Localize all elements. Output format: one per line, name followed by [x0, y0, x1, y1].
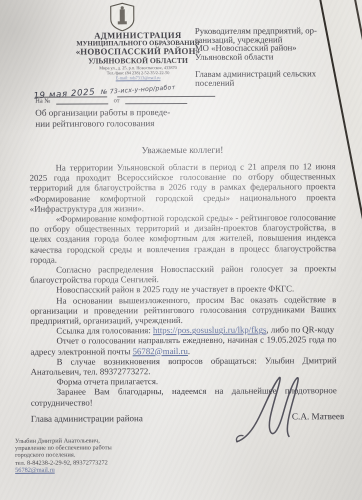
addressee-block-1: Руководителям предприятий, ор- ганизаций… — [195, 26, 345, 62]
body-paragraph-report-email: Отчет о голосовании направлять ежедневно… — [30, 335, 336, 357]
executor-contact: Улыбин Дмитрий Анатольевич, управление п… — [15, 437, 185, 467]
letter-body: На территории Ульяновской области в пери… — [30, 161, 337, 407]
voting-link-url: https://pos.gosuslugi.ru/lkp/fkgs — [153, 325, 266, 336]
reply-date-blank-line — [125, 97, 187, 104]
reply-number-blank-line — [56, 97, 108, 104]
signature-stroke — [231, 373, 309, 445]
voting-link-suffix: , либо по QR-коду — [266, 324, 334, 334]
reg-form-row-reply: На № от — [35, 97, 235, 105]
coat-of-arms-icon — [109, 2, 136, 31]
reply-number-label: На № — [35, 98, 50, 105]
voting-link-prefix: Ссылка для голосования: — [56, 325, 153, 336]
body-paragraph: На основании вышеизложенного, просим Вас… — [30, 294, 336, 326]
body-paragraph: «Формирование комфортной городской среды… — [30, 212, 336, 265]
executor-email: 56782@mail.ru — [15, 466, 185, 474]
signatory-name: С.А. Матвеев — [292, 411, 362, 421]
body-paragraph: На территории Ульяновской области в пери… — [30, 161, 336, 214]
report-email-suffix: . — [188, 346, 190, 356]
scanned-letter-photo: АДМИНИСТРАЦИЯ МУНИЦИПАЛЬНОГО ОБРАЗОВАНИЯ… — [0, 0, 362, 500]
executor-footer: Улыбин Дмитрий Анатольевич, управление п… — [15, 437, 185, 474]
reply-date-label: от — [114, 97, 120, 104]
greeting: Уважаемые коллеги! — [29, 145, 335, 157]
body-paragraph: Согласно распределения Новоспасский райо… — [30, 263, 336, 285]
letter-subject: Об организации работы в проведе- нии рей… — [35, 107, 205, 130]
signatory-title: Глава администрации района — [31, 413, 211, 424]
report-email-address: 56782@mail.ru — [133, 346, 188, 356]
